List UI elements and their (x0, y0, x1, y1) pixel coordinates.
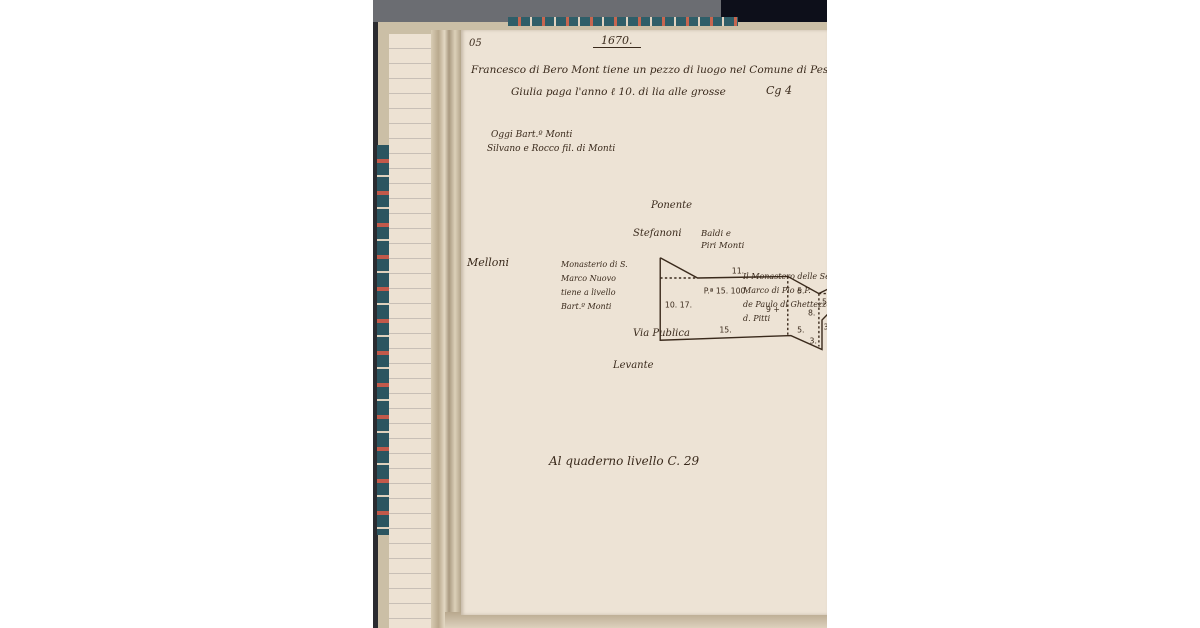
label-stefanoni: Stefanoni (633, 228, 682, 239)
ruled-index-page (389, 34, 434, 628)
svg-text:3.: 3. (824, 322, 827, 331)
label-melloni: Melloni (467, 256, 509, 269)
svg-text:5.: 5. (797, 325, 804, 334)
svg-text:5.: 5. (822, 297, 827, 306)
closing-reference: Al quaderno livello C. 29 (549, 454, 699, 468)
manuscript-scan: 05 1670. Francesco di Bero Mont tiene un… (373, 0, 827, 628)
svg-text:11.: 11. (732, 266, 744, 275)
entry-amount: Cg 4 (766, 84, 792, 97)
label-levante: Levante (613, 360, 654, 371)
marbled-endpaper-top (508, 17, 738, 26)
page-edges (431, 30, 461, 628)
svg-text:10. 17.: 10. 17. (665, 301, 692, 310)
folio-number: 05 (469, 38, 482, 49)
svg-text:3.: 3. (810, 336, 817, 345)
note-heirs: Silvano e Rocco fil. di Monti (487, 144, 615, 154)
svg-text:9 +: 9 + (766, 305, 780, 314)
label-north-neighbor: Baldi e Piri Monti (701, 228, 744, 252)
manuscript-page: 05 1670. Francesco di Bero Mont tiene un… (461, 30, 827, 615)
svg-text:P.ª 15. 100.: P.ª 15. 100. (704, 287, 748, 296)
year-heading: 1670. (593, 34, 641, 48)
entry-line-2: Giulia paga l'anno ℓ 10. di lia alle gro… (511, 86, 726, 98)
svg-text:15.: 15. (719, 325, 731, 334)
svg-text:5.: 5. (797, 287, 804, 296)
svg-text:8.: 8. (808, 308, 815, 317)
label-ponente: Ponente (651, 200, 692, 211)
label-via-publica: Via Publica (633, 328, 690, 339)
note-current-owner: Oggi Bart.º Monti (491, 130, 572, 140)
entry-line-1: Francesco di Bero Mont tiene un pezzo di… (471, 64, 827, 76)
